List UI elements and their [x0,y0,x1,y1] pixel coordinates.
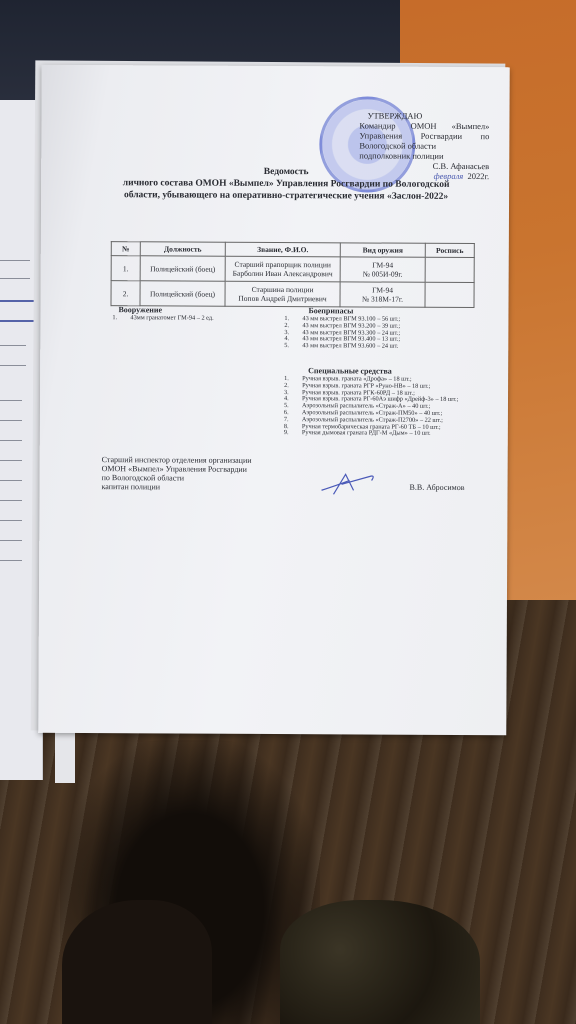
personnel-table: № Должность Звание, Ф.И.О. Вид оружия Ро… [110,241,474,308]
item-number: 5. [284,343,302,350]
full-name: Барболин Иван Александрович [228,269,338,279]
weapon-number: № 005И-09г. [343,269,423,278]
handwritten-signature-icon [319,470,379,496]
item-number: 9. [284,430,302,437]
cell-position: Полицейский (боец) [140,281,225,306]
list-item: 1.43мм гранатомет ГМ-94 – 2 ед. [112,315,282,323]
approval-line: подполковник полиции [359,150,489,161]
list-item: 9.Ручная дымовая граната РДГ-М «Дым» – 1… [284,430,499,438]
ammunition-title: Боеприпасы [308,306,353,315]
paper-tab [55,728,75,783]
cell-weapon: ГМ-94№ 005И-09г. [340,257,425,282]
footer-line: капитан полиции [102,482,252,492]
table-row: 1. Полицейский (боец) Старший прапорщик … [111,256,474,283]
cell-number: 1. [111,256,140,281]
ammunition-list: 1.43 мм выстрел ВГМ 93.100 – 56 шт.; 2.4… [284,316,484,351]
item-number: 1. [112,315,130,322]
col-header-weapon: Вид оружия [340,243,425,257]
document-sheet: УТВЕРЖДАЮ Командир ОМОН «Вымпел» Управле… [38,65,509,735]
cell-weapon: ГМ-94№ 318М-17г. [340,282,425,307]
cell-rank-name: Старший прапорщик полицииБарболин Иван А… [225,256,340,282]
footer-signatory-block: Старший инспектор отделения организации … [102,455,252,492]
special-means-title: Специальные средства [308,366,392,375]
special-means-list: 1.Ручная взрыв. граната «Дрофа» – 18 шт.… [284,376,499,438]
cell-signature [425,257,474,282]
col-header-number: № [111,242,140,256]
item-text: 43 мм выстрел ВГМ 93.600 – 24 шт. [302,343,398,350]
weapon-type: ГМ-94 [343,260,423,269]
title-line: области, убывающего на оперативно-страте… [101,189,471,203]
full-name: Попов Андрей Дмитриевич [228,294,338,304]
col-header-signature: Роспись [425,243,474,257]
item-text: Ручная дымовая граната РДГ-М «Дым» – 10 … [302,431,431,438]
weapon-type: ГМ-94 [343,285,423,294]
armament-list: 1.43мм гранатомет ГМ-94 – 2 ед. [112,315,282,323]
boot [62,900,212,1024]
cell-signature [425,282,474,307]
col-header-position: Должность [140,242,225,256]
weapon-number: № 318М-17г. [343,294,423,303]
camouflage-clothing [280,900,480,1024]
cell-rank-name: Старшина полицииПопов Андрей Дмитриевич [225,281,340,307]
approval-line: Вологодской области [359,140,489,151]
cell-number: 2. [111,281,140,306]
list-item: 5.43 мм выстрел ВГМ 93.600 – 24 шт. [284,343,484,351]
item-text: 43мм гранатомет ГМ-94 – 2 ед. [130,315,213,322]
cell-position: Полицейский (боец) [140,256,225,281]
table-row: 2. Полицейский (боец) Старшина полицииПо… [111,281,474,308]
approval-line: Управления Росгвардии по [359,130,489,141]
col-header-rank-name: Звание, Ф.И.О. [225,242,340,257]
document-title: Ведомость личного состава ОМОН «Вымпел» … [101,165,471,203]
approval-heading: УТВЕРЖДАЮ [359,110,489,121]
approval-line: Командир ОМОН «Вымпел» [359,120,489,131]
armament-title: Вооружение [118,305,162,314]
footer-signer: В.В. Абросимов [410,483,465,492]
